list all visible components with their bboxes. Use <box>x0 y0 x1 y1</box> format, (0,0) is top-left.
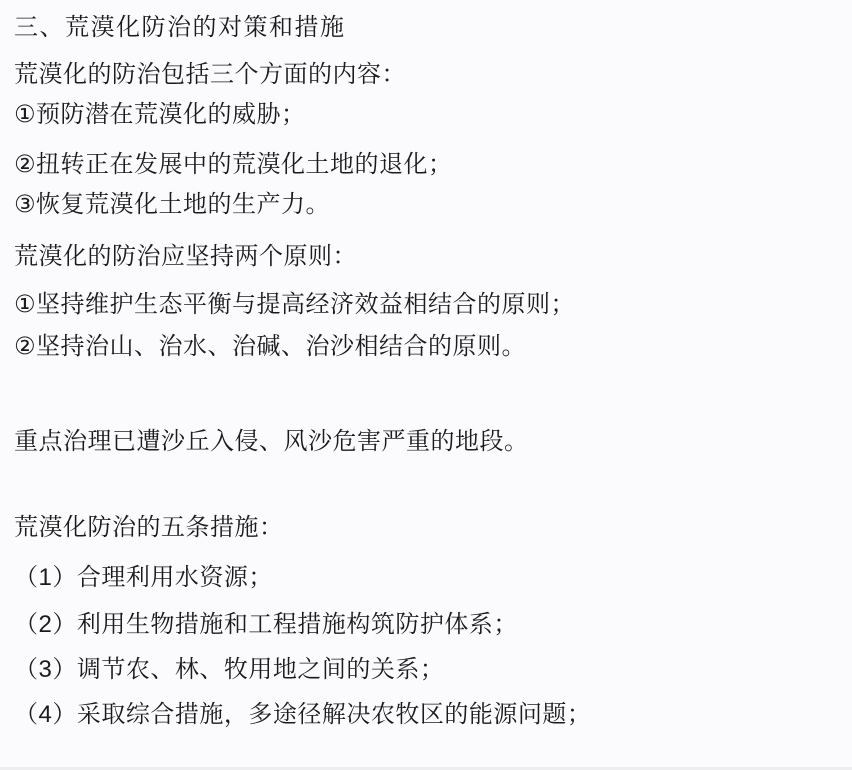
section3-intro: 荒漠化防治的五条措施： <box>14 516 284 540</box>
section1-item-1: ①预防潜在荒漠化的威胁； <box>14 103 306 127</box>
section3-item-4: （4）采取综合措施，多途径解决农牧区的能源问题； <box>14 703 591 727</box>
key-treatment-note: 重点治理已遭沙丘入侵、风沙危害严重的地段。 <box>14 430 529 454</box>
document-page: 三、荒漠化防治的对策和措施 荒漠化的防治包括三个方面的内容： ①预防潜在荒漠化的… <box>0 0 852 770</box>
section1-intro: 荒漠化的防治包括三个方面的内容： <box>14 63 406 87</box>
section3-item-2: （2）利用生物措施和工程措施构筑防护体系； <box>14 613 518 637</box>
document-heading: 三、荒漠化防治的对策和措施 <box>14 16 346 40</box>
section2-intro: 荒漠化的防治应坚持两个原则： <box>14 245 357 269</box>
section1-item-2: ②扭转正在发展中的荒漠化土地的退化； <box>14 153 453 177</box>
section2-item-2: ②坚持治山、治水、治碱、治沙相结合的原则。 <box>14 335 526 359</box>
section1-item-3: ③恢复荒漠化土地的生产力。 <box>14 193 330 217</box>
section2-item-1: ①坚持维护生态平衡与提高经济效益相结合的原则； <box>14 293 575 317</box>
section3-item-3: （3）调节农、林、牧用地之间的关系； <box>14 658 444 682</box>
section3-item-1: （1）合理利用水资源； <box>14 566 273 590</box>
